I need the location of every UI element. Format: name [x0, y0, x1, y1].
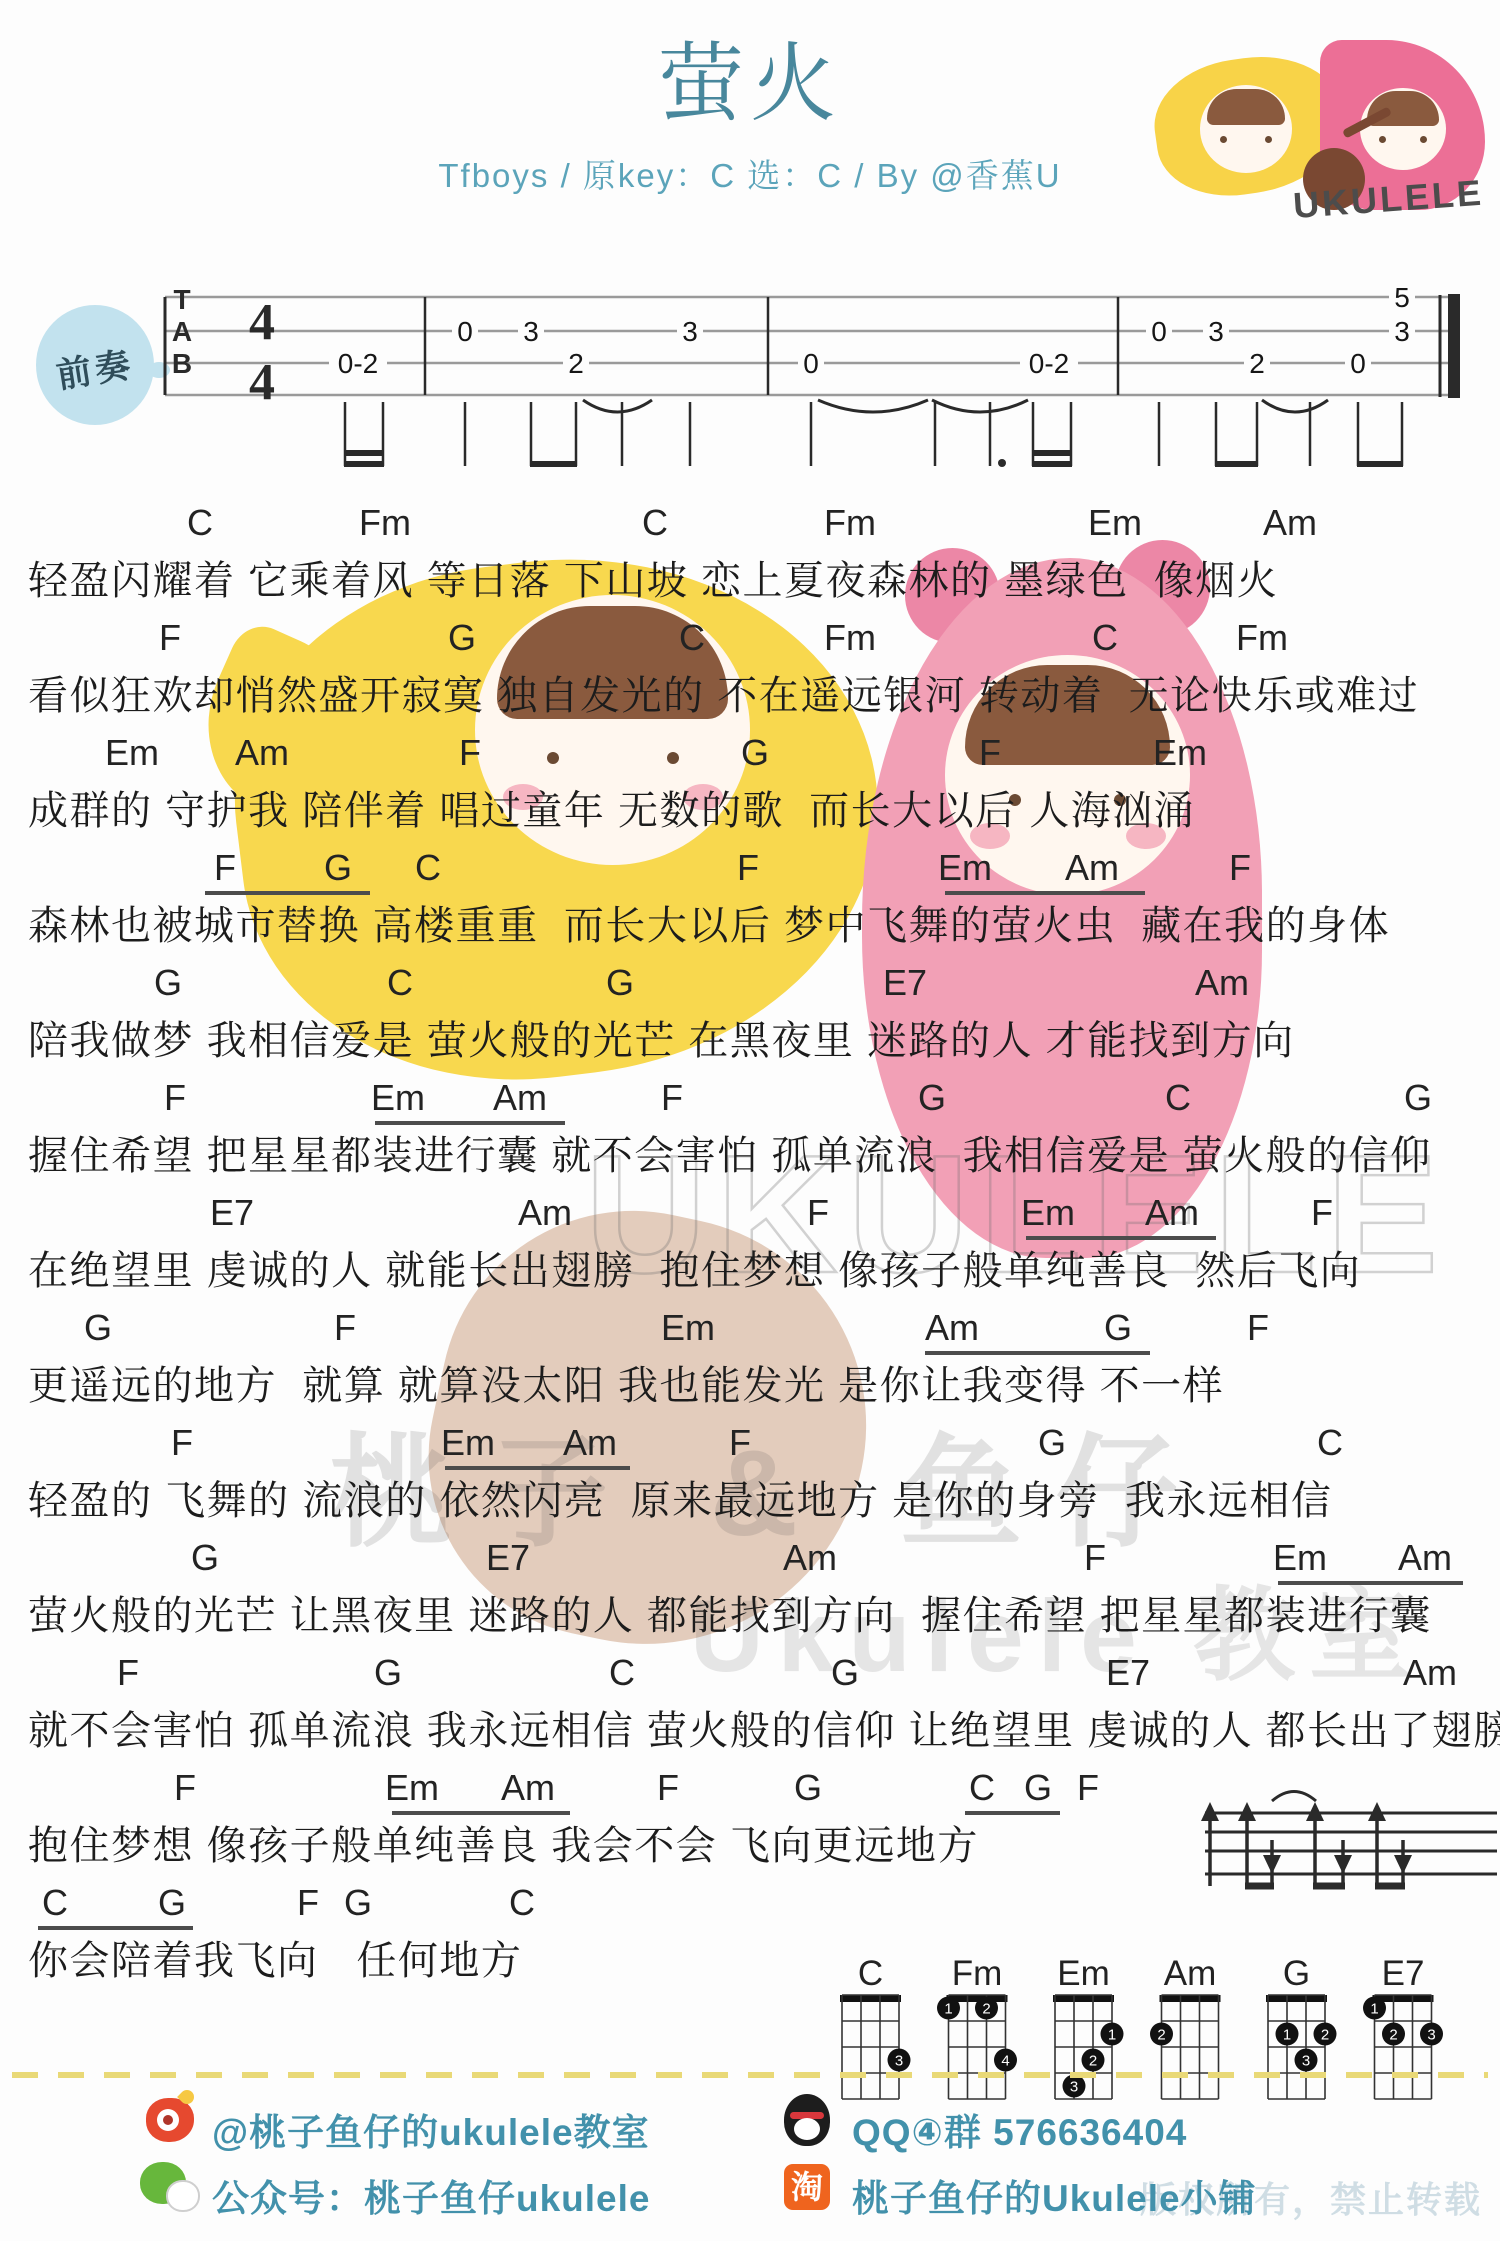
chord-diagram-label: Fm — [952, 1954, 1003, 1993]
svg-text:1: 1 — [1370, 2001, 1378, 2018]
svg-text:2: 2 — [1321, 2027, 1329, 2044]
taobao-shop: 桃子鱼仔的Ukulele小铺 — [852, 2168, 1257, 2222]
wechat-account: 公众号：桃子鱼仔ukulele — [212, 2168, 651, 2222]
chord-diagram-label: Am — [1164, 1954, 1217, 1993]
footer-divider — [12, 2072, 1488, 2078]
weibo-handle: @桃子鱼仔的ukulele教室 — [212, 2102, 650, 2156]
svg-text:2: 2 — [1089, 2053, 1097, 2070]
qq-group: QQ④群 576636404 — [852, 2102, 1187, 2156]
weibo-icon — [146, 2098, 194, 2142]
wechat-icon — [140, 2162, 186, 2204]
svg-text:4: 4 — [1001, 2053, 1009, 2070]
svg-text:1: 1 — [1283, 2027, 1291, 2044]
diagrams-svg: C3Fm124Em123Am2G123E7123 — [0, 0, 1500, 2241]
taobao-icon: 淘 — [784, 2164, 830, 2210]
chord-diagram-label: Em — [1057, 1954, 1110, 1993]
qq-belly — [794, 2118, 820, 2140]
svg-text:3: 3 — [1070, 2079, 1078, 2096]
chord-sheet-page: UKULELE 桃子 & 鱼仔 Ukulele 教室 萤火 Tfboys / 原… — [0, 0, 1500, 2241]
svg-text:3: 3 — [1302, 2053, 1310, 2070]
chord-diagram-label: E7 — [1382, 1954, 1425, 1993]
svg-text:2: 2 — [1389, 2027, 1397, 2044]
svg-text:3: 3 — [895, 2053, 903, 2070]
svg-text:3: 3 — [1427, 2027, 1435, 2044]
chord-diagram-label: C — [858, 1954, 883, 1993]
svg-text:2: 2 — [982, 2001, 990, 2018]
svg-text:2: 2 — [1157, 2027, 1165, 2044]
weibo-pupil — [163, 2115, 173, 2125]
chord-diagram-label: G — [1283, 1954, 1310, 1993]
wechat-small-bubble — [166, 2180, 200, 2212]
svg-text:1: 1 — [944, 2001, 952, 2018]
svg-text:1: 1 — [1108, 2027, 1116, 2044]
qq-icon — [784, 2094, 830, 2146]
